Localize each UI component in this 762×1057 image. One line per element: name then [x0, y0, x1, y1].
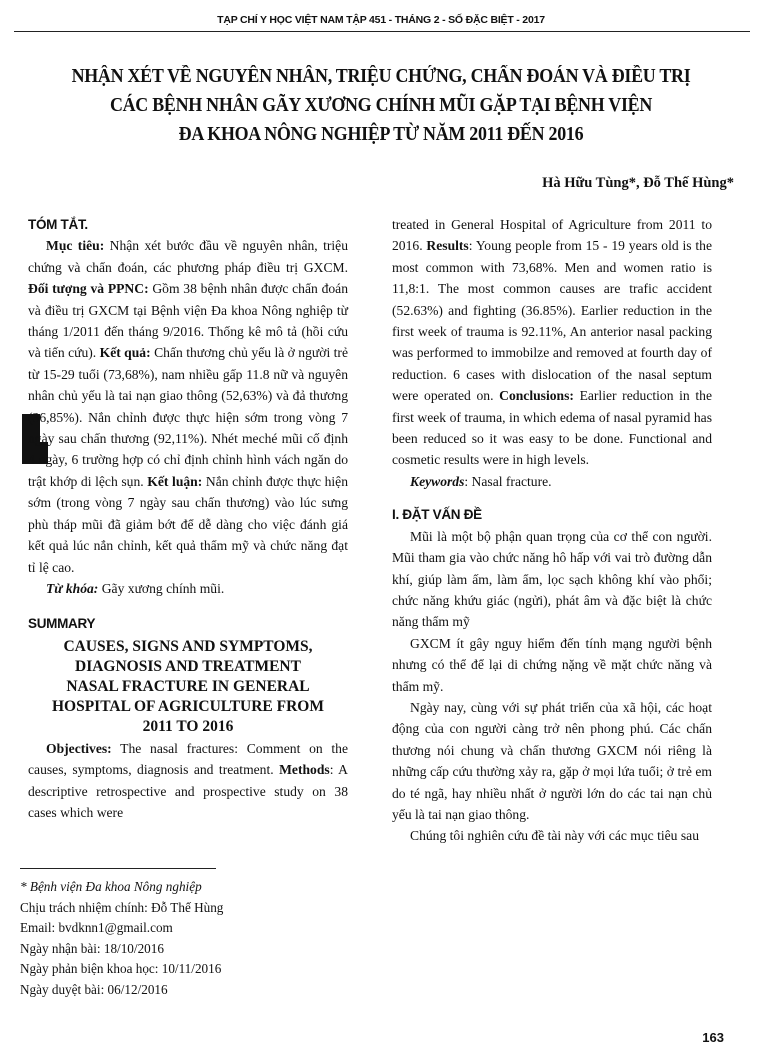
accepted-date: Ngày duyệt bài: 06/12/2016	[20, 980, 350, 1001]
email: Email: bvdknn1@gmail.com	[20, 918, 350, 939]
page-number: 163	[702, 1030, 724, 1045]
running-header: TẠP CHÍ Y HỌC VIỆT NAM TẬP 451 - THÁNG 2…	[0, 14, 762, 26]
introduction-heading: I. ĐẶT VẤN ĐỀ	[392, 504, 712, 525]
header-rule	[14, 31, 750, 32]
abstract-heading: TÓM TẮT.	[28, 214, 348, 235]
title-line: CÁC BỆNH NHÂN GÃY XƯƠNG CHÍNH MŨI GẶP TẠ…	[49, 91, 713, 120]
affiliation: * Bệnh viện Đa khoa Nông nghiệp	[20, 877, 350, 898]
title-line: ĐA KHOA NÔNG NGHIỆP TỪ NĂM 2011 ĐẾN 2016	[49, 120, 713, 149]
title-line: NHẬN XÉT VỀ NGUYÊN NHÂN, TRIỆU CHỨNG, CH…	[49, 62, 713, 91]
review-date: Ngày phản biện khoa học: 10/11/2016	[20, 959, 350, 980]
conclusion-label: Kết luận:	[147, 474, 202, 489]
intro-paragraph: Mũi là một bộ phận quan trọng của cơ thể…	[392, 526, 712, 633]
article-title: NHẬN XÉT VỀ NGUYÊN NHÂN, TRIỆU CHỨNG, CH…	[49, 62, 713, 149]
keywords-vi: Từ khóa: Gãy xương chính mũi.	[28, 578, 348, 599]
english-title: CAUSES, SIGNS AND SYMPTOMS, DIAGNOSIS AN…	[28, 637, 348, 737]
left-column: TÓM TẮT. Mục tiêu: Nhận xét bước đầu về …	[28, 214, 348, 823]
abstract-body: Mục tiêu: Nhận xét bước đầu về nguyên nh…	[28, 235, 348, 578]
summary-heading: SUMMARY	[28, 613, 348, 634]
keywords-en: Keywords: Nasal fracture.	[392, 471, 712, 492]
authors: Hà Hữu Tùng*, Đỗ Thế Hùng*	[542, 175, 734, 192]
footnote-rule	[20, 868, 216, 869]
received-date: Ngày nhận bài: 18/10/2016	[20, 939, 350, 960]
footnote: * Bệnh viện Đa khoa Nông nghiệp Chịu trá…	[20, 877, 350, 1001]
subjects-label: Đối tượng và PPNC:	[28, 281, 149, 296]
right-column: treated in General Hospital of Agricultu…	[392, 214, 712, 847]
intro-paragraph: Ngày nay, cùng với sự phát triển của xã …	[392, 697, 712, 825]
objective-label: Mục tiêu:	[46, 238, 104, 253]
intro-paragraph: GXCM ít gây nguy hiểm đến tính mạng ngườ…	[392, 633, 712, 697]
intro-paragraph: Chúng tôi nghiên cứu đề tài này với các …	[392, 825, 712, 846]
summary-body-cont: treated in General Hospital of Agricultu…	[392, 214, 712, 471]
summary-body-start: Objectives: The nasal fractures: Comment…	[28, 738, 348, 824]
results-label: Kết quả:	[100, 345, 151, 360]
responsible-author: Chịu trách nhiệm chính: Đỗ Thế Hùng	[20, 898, 350, 919]
